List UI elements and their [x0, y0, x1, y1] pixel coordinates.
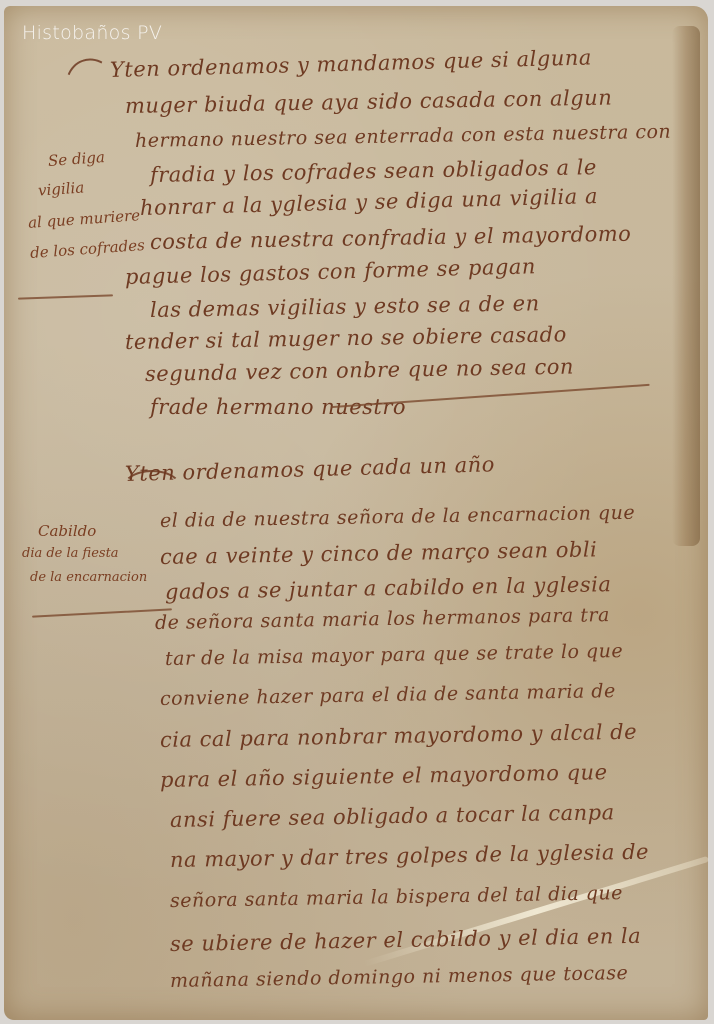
marginal-note: dia de la fiesta: [22, 546, 119, 561]
watermark: Histobaños PV: [22, 22, 162, 44]
marginal-note: de la encarnacion: [30, 570, 147, 585]
worn-right-edge: [672, 26, 700, 546]
marginal-note: vigilia: [37, 178, 84, 199]
marginal-note: Cabildo: [38, 522, 96, 540]
manuscript-line: frade hermano nuestro: [150, 395, 406, 419]
